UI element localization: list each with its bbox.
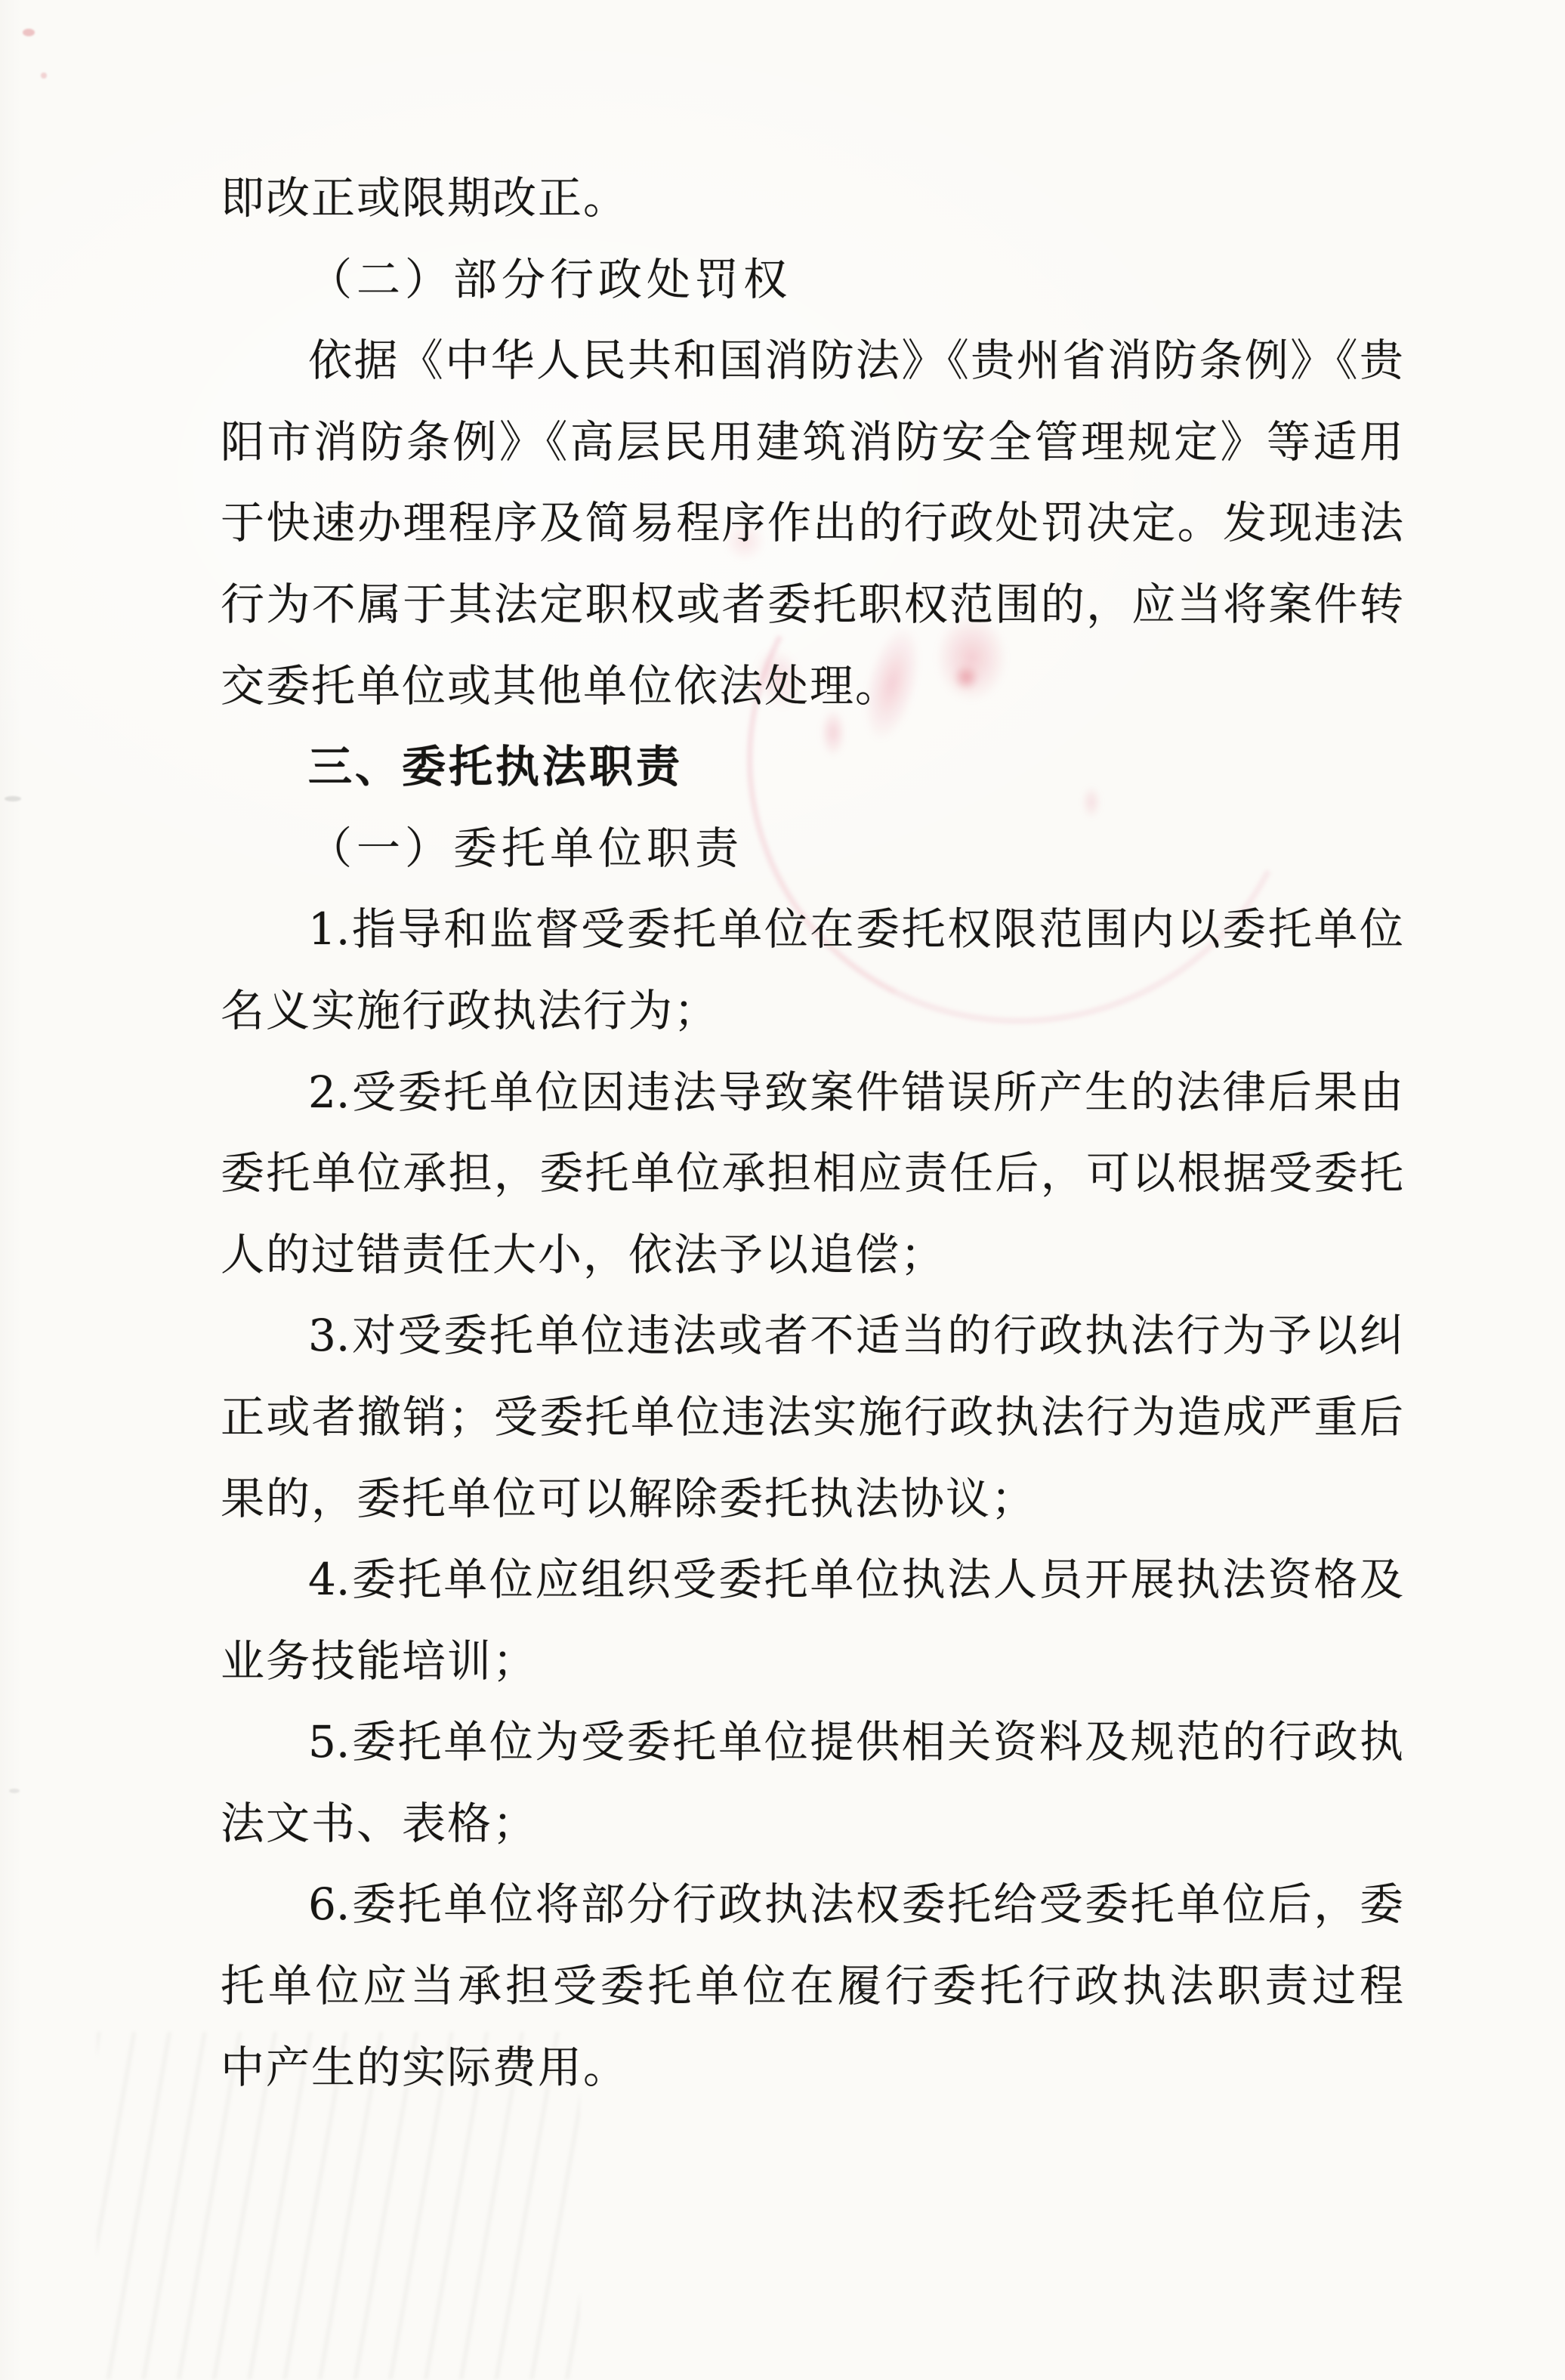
text-line: 委托单位承担，委托单位承担相应责任后，可以根据受委托	[221, 1133, 1403, 1215]
scan-artifact	[23, 29, 35, 36]
text-line: 4.委托单位应组织受委托单位执法人员开展执法资格及	[221, 1539, 1403, 1621]
text-line: 果的，委托单位可以解除委托执法协议；	[221, 1459, 1403, 1540]
text-line: 法文书、表格；	[221, 1783, 1403, 1865]
text-line: 即改正或限期改正。	[221, 158, 1403, 239]
subsection-heading-2: （二）部分行政处罚权	[221, 239, 1403, 321]
text-line: 于快速办理程序及简易程序作出的行政处罚决定。发现违法	[221, 483, 1403, 564]
document-page: 即改正或限期改正。 （二）部分行政处罚权 依据《中华人民共和国消防法》《贵州省消…	[0, 0, 1565, 2380]
scan-artifact	[41, 73, 47, 79]
text-line: 2.受委托单位因违法导致案件错误所产生的法律后果由	[221, 1052, 1403, 1134]
text-line: 人的过错责任大小，依法予以追偿；	[221, 1215, 1403, 1296]
text-line: 中产生的实际费用。	[221, 2027, 1403, 2109]
text-block: 即改正或限期改正。 （二）部分行政处罚权 依据《中华人民共和国消防法》《贵州省消…	[221, 158, 1403, 2108]
text-line: 依据《中华人民共和国消防法》《贵州省消防条例》《贵	[221, 320, 1403, 402]
text-line: 托单位应当承担受委托单位在履行委托行政执法职责过程	[221, 1946, 1403, 2027]
text-line: 阳市消防条例》《高层民用建筑消防安全管理规定》等适用	[221, 402, 1403, 483]
text-line: 正或者撤销；受委托单位违法实施行政执法行为造成严重后	[221, 1377, 1403, 1459]
text-line: 名义实施行政执法行为；	[221, 971, 1403, 1052]
text-line: 6.委托单位将部分行政执法权委托给受委托单位后，委	[221, 1864, 1403, 1946]
text-line: 5.委托单位为受委托单位提供相关资料及规范的行政执	[221, 1702, 1403, 1783]
text-line: 1.指导和监督受委托单位在委托权限范围内以委托单位	[221, 889, 1403, 971]
scan-artifact	[9, 1789, 20, 1793]
text-line: 业务技能培训；	[221, 1621, 1403, 1702]
section-heading: 三、委托执法职责	[221, 727, 1403, 808]
text-line: 3.对受委托单位违法或者不适当的行政执法行为予以纠	[221, 1295, 1403, 1377]
text-line: 交委托单位或其他单位依法处理。	[221, 646, 1403, 727]
subsection-heading-1: （一）委托单位职责	[221, 808, 1403, 890]
text-line: 行为不属于其法定职权或者委托职权范围的，应当将案件转	[221, 564, 1403, 646]
scan-artifact	[5, 796, 21, 801]
